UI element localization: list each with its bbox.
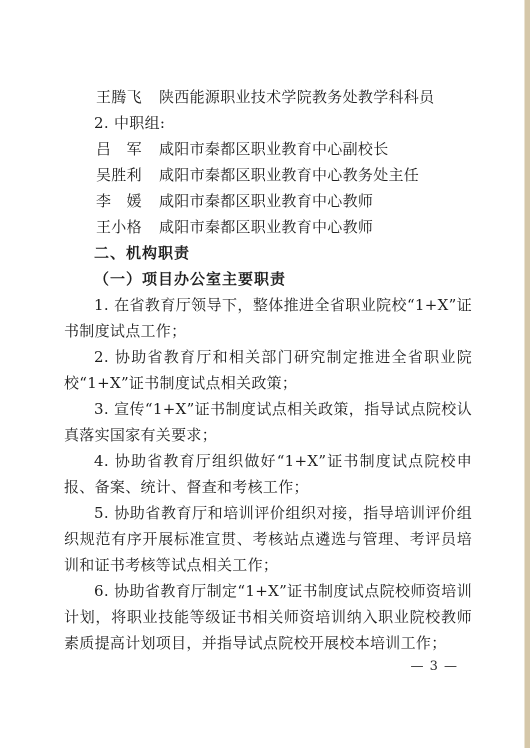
person-title: 陕西能源职业技术学院教务处教学科科员 [159,88,434,106]
person-name: 王腾飞 [96,84,159,110]
person-title: 咸阳市秦都区职业教育中心副校长 [159,140,389,158]
scan-page-edge [524,0,530,748]
roster-row: 吴胜利咸阳市秦都区职业教育中心教务处主任 [64,162,472,188]
person-name: 王小格 [96,214,159,240]
duty-paragraph: 4. 协助省教育厅组织做好“1+X”证书制度试点院校申报、备案、统计、督查和考核… [64,448,472,500]
person-title: 咸阳市秦都区职业教育中心教师 [159,218,373,236]
duty-paragraph: 5. 协助省教育厅和培训评价组织对接，指导培训评价组织规范有序开展标准宣贯、考核… [64,500,472,578]
document-body: 王腾飞陕西能源职业技术学院教务处教学科科员 2. 中职组: 吕 军咸阳市秦都区职… [64,84,472,656]
section-heading: 二、机构职责 [64,240,472,266]
group-label: 2. 中职组: [64,110,472,136]
roster-row: 王小格咸阳市秦都区职业教育中心教师 [64,214,472,240]
duty-paragraph: 1. 在省教育厅领导下，整体推进全省职业院校“1+X”证书制度试点工作； [64,292,472,344]
roster-row: 李 媛咸阳市秦都区职业教育中心教师 [64,188,472,214]
person-name: 吕 军 [96,136,159,162]
person-title: 咸阳市秦都区职业教育中心教务处主任 [159,166,419,184]
person-title: 咸阳市秦都区职业教育中心教师 [159,192,373,210]
roster-row: 王腾飞陕西能源职业技术学院教务处教学科科员 [64,84,472,110]
duty-paragraph: 2. 协助省教育厅和相关部门研究制定推进全省职业院校“1+X”证书制度试点相关政… [64,344,472,396]
page-number: — 3 — [410,659,458,674]
duty-paragraph: 6. 协助省教育厅制定“1+X”证书制度试点院校师资培训计划，将职业技能等级证书… [64,578,472,656]
person-name: 李 媛 [96,188,159,214]
person-name: 吴胜利 [96,162,159,188]
subsection-heading: （一）项目办公室主要职责 [64,266,472,292]
roster-row: 吕 军咸阳市秦都区职业教育中心副校长 [64,136,472,162]
duty-paragraph: 3. 宣传“1+X”证书制度试点相关政策，指导试点院校认真落实国家有关要求； [64,396,472,448]
